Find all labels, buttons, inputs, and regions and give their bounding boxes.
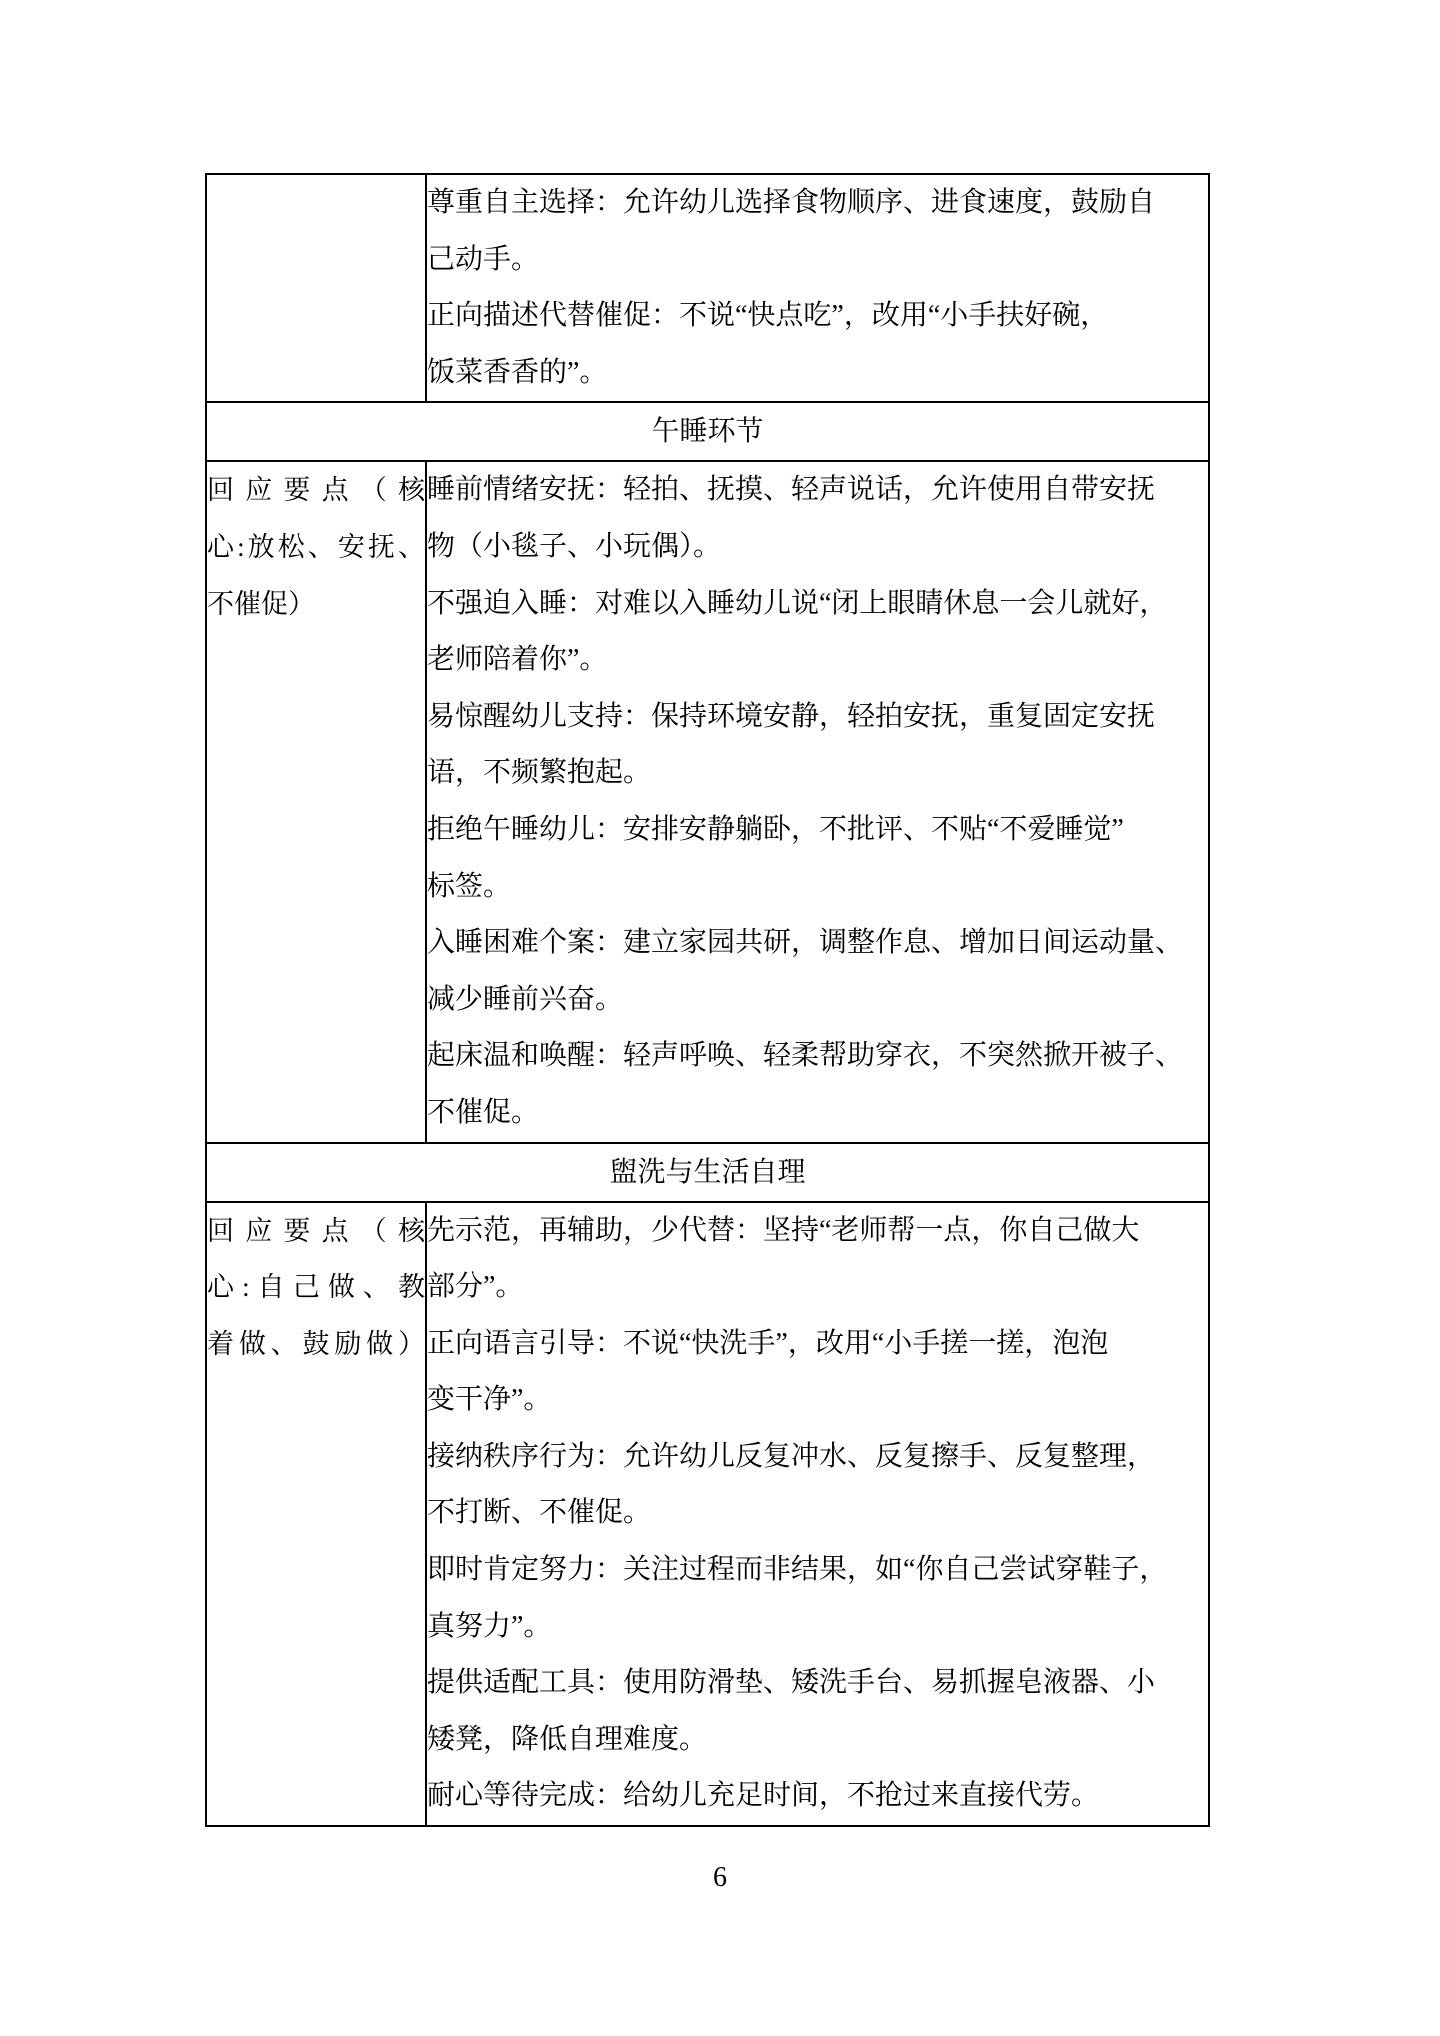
text-line: 部分”。 <box>427 1259 1208 1316</box>
text-line: 回应要点（核 <box>207 1203 425 1260</box>
text-line: 饭菜香香的”。 <box>427 345 1208 402</box>
text-line: 变干净”。 <box>427 1372 1208 1429</box>
nap-left-cell: 回应要点（核 心:放松、安抚、 不催促） <box>206 461 426 1142</box>
text-line: 标签。 <box>427 859 1208 916</box>
nap-section-header-row: 午睡环节 <box>206 402 1209 461</box>
text-line: 不催促。 <box>427 1085 1208 1142</box>
text-line: 正向描述代替催促：不说“快点吃”，改用“小手扶好碗， <box>427 288 1208 345</box>
text-line: 心:自己做、教 <box>207 1259 425 1316</box>
text-line: 接纳秩序行为：允许幼儿反复冲水、反复擦手、反复整理， <box>427 1429 1208 1486</box>
text-line: 尊重自主选择：允许幼儿选择食物顺序、进食速度，鼓励自 <box>427 175 1208 232</box>
text-line: 先示范，再辅助，少代替：坚持“老师帮一点，你自己做大 <box>427 1203 1208 1260</box>
text-line: 耐心等待完成：给幼儿充足时间，不抢过来直接代劳。 <box>427 1768 1208 1825</box>
wash-section-title: 盥洗与生活自理 <box>206 1143 1209 1202</box>
text-line: 拒绝午睡幼儿：安排安静躺卧，不批评、不贴“不爱睡觉” <box>427 802 1208 859</box>
nap-section-title: 午睡环节 <box>206 402 1209 461</box>
wash-guidance-row: 回应要点（核 心:自己做、教 着做、鼓励做） 先示范，再辅助，少代替：坚持“老师… <box>206 1202 1209 1827</box>
wash-left-cell: 回应要点（核 心:自己做、教 着做、鼓励做） <box>206 1202 426 1827</box>
text-line: 物（小毯子、小玩偶）。 <box>427 519 1208 576</box>
text-line: 起床温和唤醒：轻声呼唤、轻柔帮助穿衣，不突然掀开被子、 <box>427 1028 1208 1085</box>
text-line: 易惊醒幼儿支持：保持环境安静，轻拍安抚，重复固定安抚 <box>427 689 1208 746</box>
text-line: 老师陪着你”。 <box>427 632 1208 689</box>
text-line: 减少睡前兴奋。 <box>427 972 1208 1029</box>
text-line: 矮凳，降低自理难度。 <box>427 1712 1208 1769</box>
meal-right-cell: 尊重自主选择：允许幼儿选择食物顺序、进食速度，鼓励自 己动手。 正向描述代替催促… <box>426 174 1209 402</box>
text-line: 不催促） <box>207 576 425 633</box>
wash-section-header-row: 盥洗与生活自理 <box>206 1143 1209 1202</box>
text-line: 语，不频繁抱起。 <box>427 745 1208 802</box>
text-line: 心:放松、安抚、 <box>207 519 425 576</box>
text-line: 着做、鼓励做） <box>207 1316 425 1373</box>
text-line: 己动手。 <box>427 232 1208 289</box>
nap-guidance-row: 回应要点（核 心:放松、安抚、 不催促） 睡前情绪安抚：轻拍、抚摸、轻声说话，允… <box>206 461 1209 1142</box>
meal-continuation-row: 尊重自主选择：允许幼儿选择食物顺序、进食速度，鼓励自 己动手。 正向描述代替催促… <box>206 174 1209 402</box>
text-line: 睡前情绪安抚：轻拍、抚摸、轻声说话，允许使用自带安抚 <box>427 462 1208 519</box>
text-line: 回应要点（核 <box>207 462 425 519</box>
care-guidance-table: 尊重自主选择：允许幼儿选择食物顺序、进食速度，鼓励自 己动手。 正向描述代替催促… <box>205 173 1210 1827</box>
text-line: 不打断、不催促。 <box>427 1485 1208 1542</box>
page-number: 6 <box>0 1858 1440 1898</box>
text-line: 正向语言引导：不说“快洗手”，改用“小手搓一搓，泡泡 <box>427 1316 1208 1373</box>
nap-right-cell: 睡前情绪安抚：轻拍、抚摸、轻声说话，允许使用自带安抚 物（小毯子、小玩偶）。 不… <box>426 461 1209 1142</box>
text-line: 不强迫入睡：对难以入睡幼儿说“闭上眼睛休息一会儿就好， <box>427 576 1208 633</box>
text-line: 即时肯定努力：关注过程而非结果，如“你自己尝试穿鞋子， <box>427 1542 1208 1599</box>
text-line: 提供适配工具：使用防滑垫、矮洗手台、易抓握皂液器、小 <box>427 1655 1208 1712</box>
text-line: 入睡困难个案：建立家园共研，调整作息、增加日间运动量、 <box>427 915 1208 972</box>
wash-right-cell: 先示范，再辅助，少代替：坚持“老师帮一点，你自己做大 部分”。 正向语言引导：不… <box>426 1202 1209 1827</box>
meal-left-cell <box>206 174 426 402</box>
document-page: 尊重自主选择：允许幼儿选择食物顺序、进食速度，鼓励自 己动手。 正向描述代替催促… <box>0 0 1440 2036</box>
text-line: 真努力”。 <box>427 1599 1208 1656</box>
